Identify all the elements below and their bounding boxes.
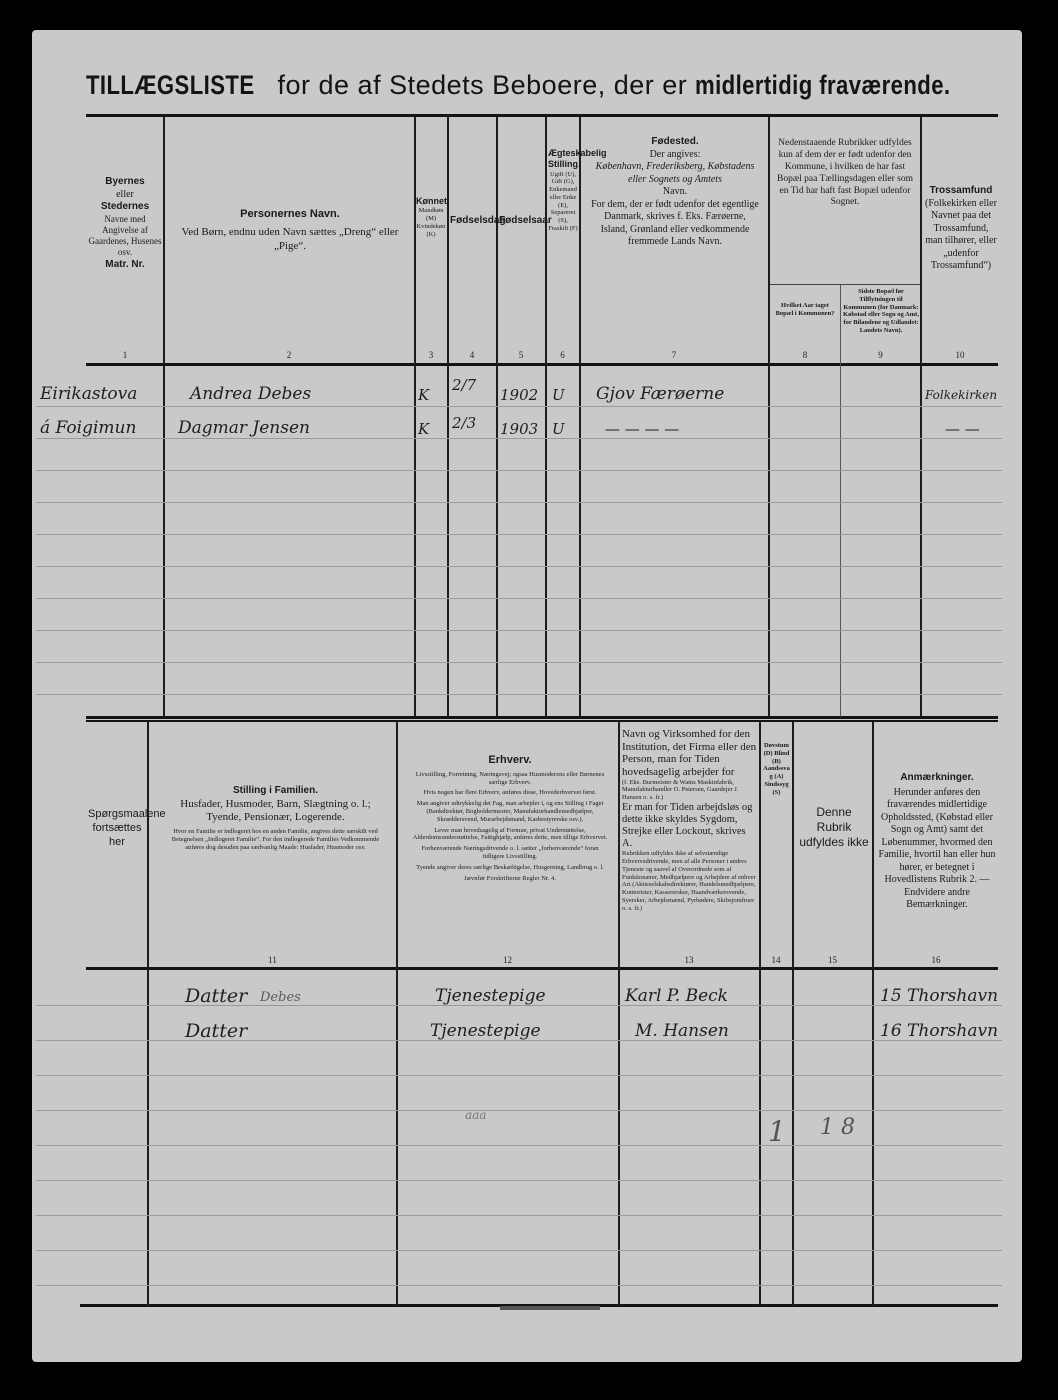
divider-15 [872, 722, 874, 1306]
divider-14 [792, 722, 794, 1306]
ruled-line [36, 502, 1002, 503]
ruled-line [36, 1215, 1002, 1216]
ruled-line [36, 630, 1002, 631]
printer-mark [500, 1306, 600, 1310]
divider-4 [496, 117, 498, 717]
cell-birthplace: — — — — [605, 420, 679, 438]
header-col-13: Navn og Virksomhed for den Institution, … [622, 728, 757, 913]
ruled-line [36, 662, 1002, 663]
col-num-16: 16 [874, 955, 998, 965]
divider-8 [920, 117, 922, 717]
cell-remarks: 15 Thorshavn [880, 986, 998, 1006]
title-rule [86, 114, 998, 117]
cell-family-position: Datter [185, 1020, 247, 1042]
header-col-11: Stilling i Familien. Husfader, Husmoder,… [168, 785, 383, 851]
cell-marital: U [552, 386, 565, 404]
side-note: Spørgsmaalene fortsættes her [88, 808, 146, 849]
divider-12 [618, 722, 620, 1306]
col-num-12: 12 [398, 955, 617, 965]
col-num-2: 2 [166, 350, 412, 360]
col-num-13: 13 [620, 955, 758, 965]
cell-family-note: Debes [260, 990, 301, 1005]
upper-bottom-rule [86, 716, 998, 719]
lower-top-rule [86, 720, 998, 722]
divider-6 [579, 117, 581, 717]
cell-occupation: Tjenestepige [430, 1021, 541, 1041]
divider-13 [759, 722, 761, 1306]
ruled-line [36, 1250, 1002, 1251]
cell-religion: Folkekirken [925, 388, 997, 402]
cell-birthday: 2/3 [452, 414, 476, 432]
col-num-15: 15 [794, 955, 871, 965]
divider-11 [396, 722, 398, 1306]
col-num-6: 6 [547, 350, 578, 360]
cell-sex: K [418, 420, 429, 438]
divider-5 [545, 117, 547, 717]
cell-birthplace: Gjov Færøerne [596, 384, 724, 404]
header-col-8-9-group: Nedenstaaende Rubrikker udfyldes kun af … [775, 138, 915, 209]
col-num-5: 5 [498, 350, 544, 360]
header-col-12: Erhverv. Livsstilling, Forretning, Nærin… [410, 754, 610, 882]
ruled-line [36, 470, 1002, 471]
col-num-8: 8 [770, 350, 840, 360]
col-num-14: 14 [761, 955, 791, 965]
header-col-9: Sidste Bopæl før Tilflytningen til Kommu… [843, 288, 919, 335]
col-num-1: 1 [88, 350, 162, 360]
header-col-6: Ægteskabelig Stilling. Ugift (U), Gift (… [548, 148, 578, 233]
col-num-7: 7 [581, 350, 767, 360]
header-col-15: Denne Rubrik udfyldes ikke [798, 805, 870, 850]
cell-name: Dagmar Jensen [178, 418, 310, 438]
ruled-line [36, 566, 1002, 567]
ruled-line [36, 1110, 1002, 1111]
cell-place: á Foigimun [40, 418, 136, 438]
ruled-line [36, 438, 1002, 439]
header-col-5: Fødselsaar [499, 215, 544, 228]
upper-header-rule [86, 363, 998, 366]
col-num-11: 11 [150, 955, 395, 965]
ruled-line [36, 694, 1002, 695]
title-bold-2: midlertidig fraværende. [695, 70, 950, 101]
ruled-line [36, 1180, 1002, 1181]
ruled-line [36, 534, 1002, 535]
cell-place: Eirikastova [40, 384, 137, 404]
stray-mark: 1 8 [820, 1115, 855, 1140]
cell-employer: M. Hansen [635, 1021, 729, 1041]
cell-occupation: Tjenestepige [435, 986, 546, 1006]
cell-marital: U [552, 420, 565, 438]
divider-7 [768, 117, 770, 717]
header-col-7: Fødested. Der angives: København, Freder… [590, 136, 760, 249]
cell-birth-year: 1903 [500, 420, 538, 438]
divider-3 [447, 117, 449, 717]
subheader-rule [770, 284, 920, 285]
lower-header-rule [86, 967, 998, 970]
cell-remarks: 16 Thorshavn [880, 1021, 998, 1041]
header-col-8: Hvilket Aar taget Bopæl i Kommunen? [772, 302, 838, 318]
header-col-1: Byernes eller Stedernes Navne med Angive… [88, 176, 162, 271]
ruled-line [36, 1145, 1002, 1146]
col-num-9: 9 [842, 350, 919, 360]
divider-8-9 [840, 285, 841, 717]
col-num-10: 10 [922, 350, 998, 360]
cell-religion: — — [945, 420, 980, 438]
cell-name: Andrea Debes [190, 384, 311, 404]
ruled-line [36, 1075, 1002, 1076]
title-bold-1: TILLÆGSLISTE [86, 70, 255, 101]
ruled-line [36, 406, 1002, 407]
stray-mark: 1 [768, 1115, 786, 1148]
ruled-line [36, 1285, 1002, 1286]
col-num-3: 3 [416, 350, 446, 360]
header-col-4: Fødselsdag [450, 215, 495, 228]
header-col-3: Kønnet Mandkøn (M) Kvindekøn (K) [416, 196, 446, 238]
page-title: TILLÆGSLISTE for de af Stedets Beboere, … [86, 70, 1006, 114]
cell-family-position: Datter [185, 985, 247, 1007]
title-normal: for de af Stedets Beboere, der er [278, 70, 688, 100]
cell-employer: Karl P. Beck [625, 986, 728, 1006]
col-num-4: 4 [449, 350, 495, 360]
stray-mark: aaa [465, 1108, 486, 1122]
header-col-2: Personernes Navn. Ved Børn, endnu uden N… [168, 208, 412, 253]
header-col-16: Anmærkninger. Herunder anføres den fravæ… [876, 772, 998, 912]
cell-sex: K [418, 386, 429, 404]
ruled-line [36, 598, 1002, 599]
header-col-14: Døvstum (D) Blind (B) Aandssvag (A) Sind… [762, 742, 791, 797]
cell-birth-year: 1902 [500, 386, 538, 404]
cell-birthday: 2/7 [452, 376, 476, 394]
header-col-10: Trossamfund (Folkekirken eller Navnet pa… [924, 185, 998, 273]
divider-1 [163, 117, 165, 717]
